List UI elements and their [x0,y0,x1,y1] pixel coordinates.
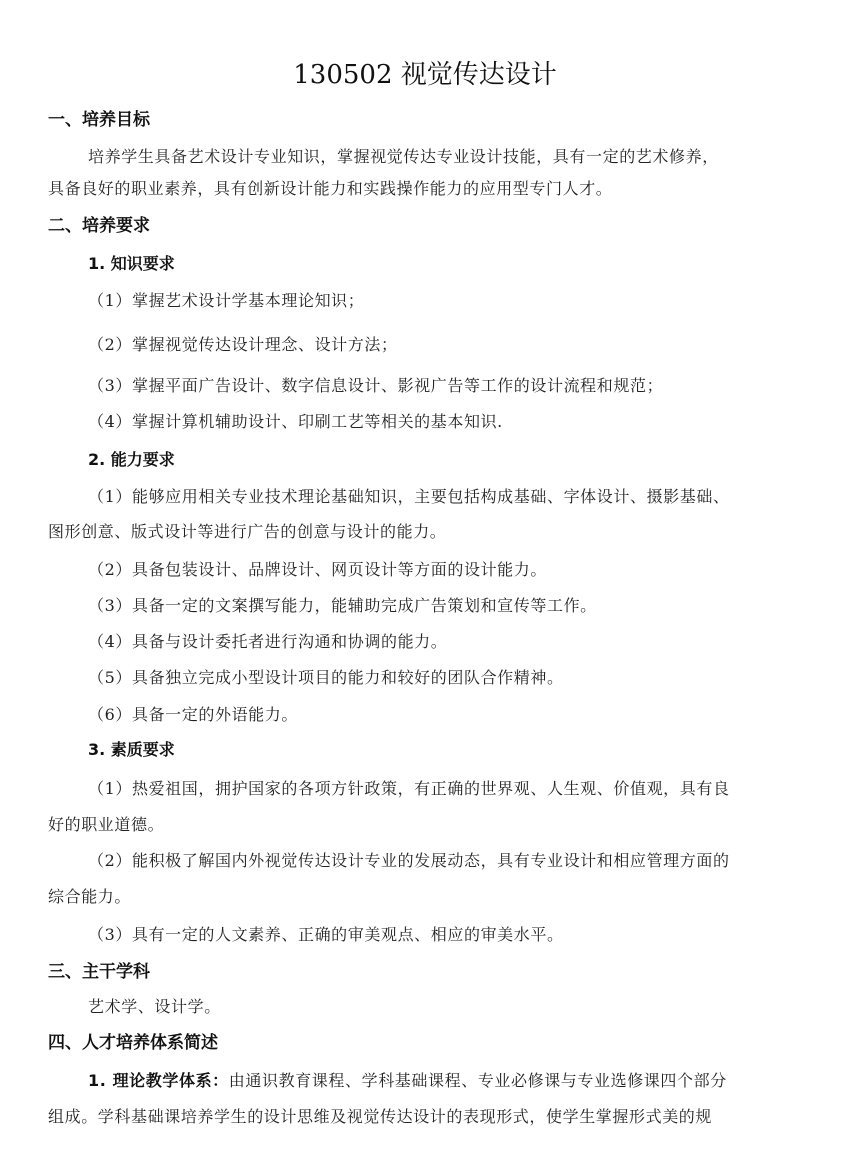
list-item: （1）热爱祖国，拥护国家的各项方针政策，有正确的世界观、人生观、价值观，具有良 [88,779,730,799]
section-heading-training-requirements: 二、培养要求 [48,216,150,236]
section-heading-training-goal: 一、培养目标 [48,110,150,130]
subsection-heading-quality: 3. 素质要求 [88,740,175,760]
subsection-heading-knowledge: 1. 知识要求 [88,254,175,274]
list-item: （5）具备独立完成小型设计项目的能力和较好的团队合作精神。 [88,668,564,688]
theory-teaching-label: 1. 理论教学体系： [88,1071,229,1090]
paragraph-line: 1. 理论教学体系：由通识教育课程、学科基础课程、专业必修课与专业选修课四个部分 [88,1071,727,1091]
page-title: 130502 视觉传达设计 [0,58,850,92]
list-item: （4）具备与设计委托者进行沟通和协调的能力。 [88,632,447,652]
section-heading-main-disciplines: 三、主干学科 [48,962,150,982]
subsection-heading-ability: 2. 能力要求 [88,450,175,470]
list-item-continuation: 图形创意、版式设计等进行广告的创意与设计的能力。 [48,522,446,542]
paragraph-line: 具备良好的职业素养，具有创新设计能力和实践操作能力的应用型专门人才。 [48,179,612,199]
paragraph-text: 由通识教育课程、学科基础课程、专业必修课与专业选修课四个部分 [229,1071,727,1090]
list-item: （1）能够应用相关专业技术理论基础知识，主要包括构成基础、字体设计、摄影基础、 [88,487,730,507]
list-item: （2）掌握视觉传达设计理念、设计方法； [88,335,398,355]
paragraph-line: 艺术学、设计学。 [88,997,221,1017]
list-item: （4）掌握计算机辅助设计、印刷工艺等相关的基本知识. [88,412,503,432]
list-item-continuation: 综合能力。 [48,887,131,907]
list-item: （6）具备一定的外语能力。 [88,705,298,725]
list-item: （3）具备一定的文案撰写能力，能辅助完成广告策划和宣传等工作。 [88,596,597,616]
list-item: （3）掌握平面广告设计、数字信息设计、影视广告等工作的设计流程和规范； [88,376,663,396]
section-heading-talent-system: 四、人才培养体系简述 [48,1033,218,1053]
list-item-continuation: 好的职业道德。 [48,815,164,835]
paragraph-line: 培养学生具备艺术设计专业知识，掌握视觉传达专业设计技能，具有一定的艺术修养， [88,147,719,167]
list-item: （3）具有一定的人文素养、正确的审美观点、相应的审美水平。 [88,925,564,945]
paragraph-line: 组成。学科基础课培养学生的设计思维及视觉传达设计的表现形式，使学生掌握形式美的规 [48,1107,712,1127]
list-item: （1）掌握艺术设计学基本理论知识； [88,291,364,311]
list-item: （2）具备包装设计、品牌设计、网页设计等方面的设计能力。 [88,560,547,580]
list-item: （2）能积极了解国内外视觉传达设计专业的发展动态，具有专业设计和相应管理方面的 [88,851,730,871]
